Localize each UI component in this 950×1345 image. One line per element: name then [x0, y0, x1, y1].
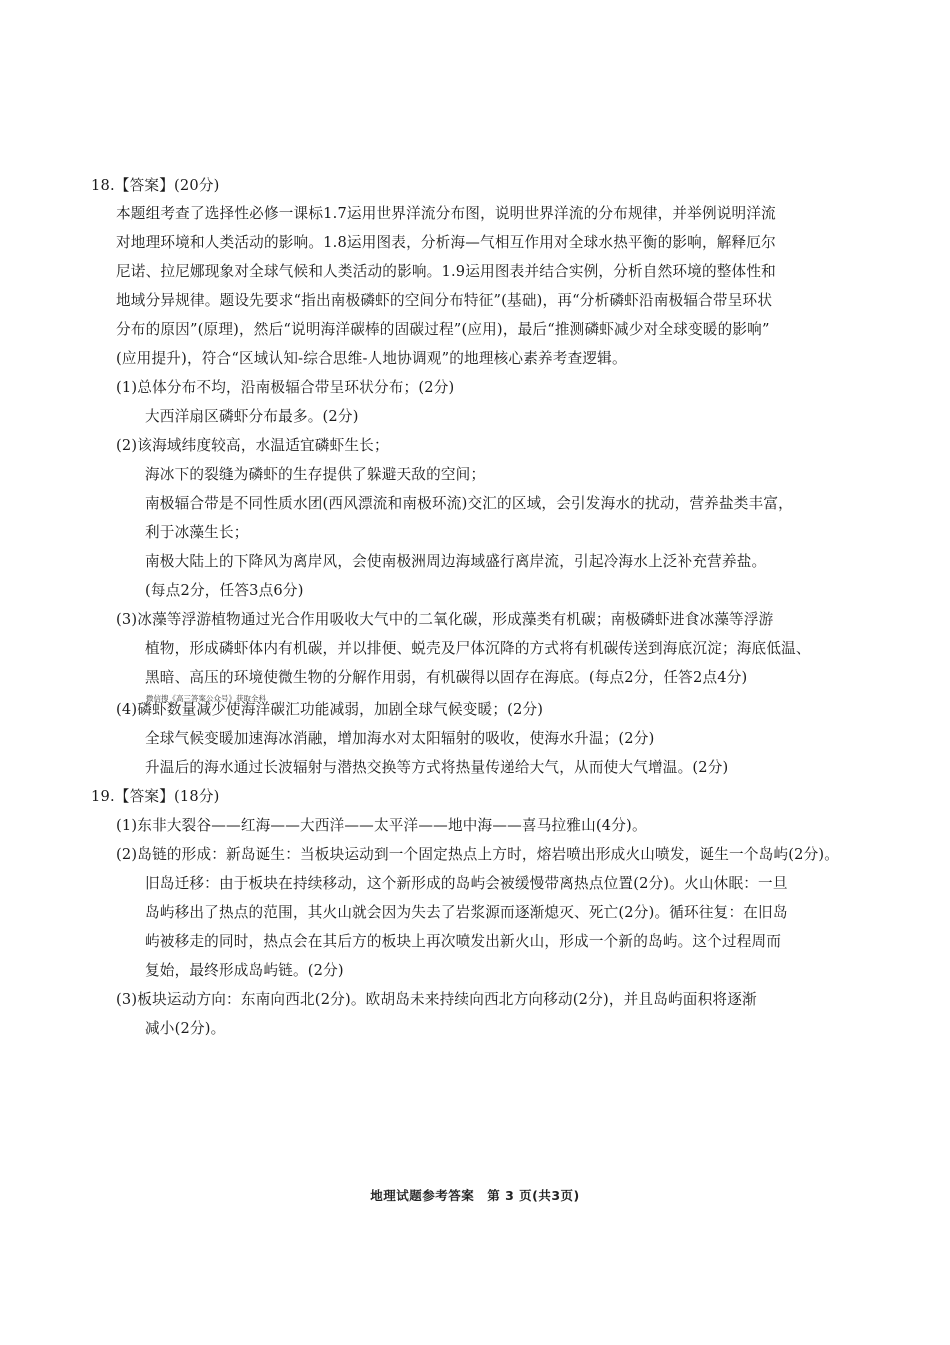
q19-part2-line: 旧岛迁移：由于板块在持续移动，这个新形成的岛屿会被缓慢带离热点位置(2分)。火山…: [145, 874, 788, 894]
q18-part1-line: 大西洋扇区磷虾分布最多。(2分): [145, 407, 359, 427]
q18-part1-line: (1)总体分布不均，沿南极辐合带呈环状分布；(2分): [116, 378, 454, 398]
q18-part2-line: 海冰下的裂缝为磷虾的生存提供了躲避天敌的空间；: [145, 465, 485, 485]
answer-page: 18.【答案】(20分) 本题组考查了选择性必修一课标1.7运用世界洋流分布图，…: [0, 0, 950, 1345]
q18-intro-line: 尼诺、拉尼娜现象对全球气候和人类活动的影响。1.9运用图表并结合实例，分析自然环…: [116, 262, 776, 282]
q18-intro-line: 本题组考查了选择性必修一课标1.7运用世界洋流分布图，说明世界洋流的分布规律，并…: [116, 204, 776, 224]
q18-intro-line: 分布的原因”(原理)，然后“说明海洋碳棒的固碳过程”(应用)，最后“推测磷虾减少…: [116, 320, 770, 340]
q18-part2-line: 南极辐合带是不同性质水团(西风漂流和南极环流)交汇的区域，会引发海水的扰动，营养…: [145, 494, 793, 514]
q18-part4-line: (4)磷虾数量减少使海洋碳汇功能减弱，加剧全球气候变暖；(2分): [116, 700, 543, 720]
q18-part2-line: (2)该海域纬度较高，水温适宜磷虾生长；: [116, 436, 389, 456]
q18-intro-line: 对地理环境和人类活动的影响。1.8运用图表，分析海—气相互作用对全球水热平衡的影…: [116, 233, 776, 253]
q18-part3-line: (3)冰藻等浮游植物通过光合作用吸收大气中的二氧化碳，形成藻类有机碳；南极磷虾进…: [116, 610, 773, 630]
q18-header: 18.【答案】(20分): [91, 176, 220, 196]
q18-part2-line: 南极大陆上的下降风为离岸风，会使南极洲周边海域盛行离岸流，引起冷海水上泛补充营养…: [145, 552, 766, 572]
q18-intro-line: 地域分异规律。题设先要求“指出南极磷虾的空间分布特征”(基础)，再“分析磷虾沿南…: [116, 291, 772, 311]
q19-part2-line: 屿被移走的同时，热点会在其后方的板块上再次喷发出新火山，形成一个新的岛屿。这个过…: [145, 932, 781, 952]
q19-header: 19.【答案】(18分): [91, 787, 220, 807]
q19-part2-line: 复始，最终形成岛屿链。(2分): [145, 961, 344, 981]
q18-part4-line: 升温后的海水通过长波辐射与潜热交换等方式将热量传递给大气，从而使大气增温。(2分…: [145, 758, 728, 778]
q19-part2-line: 岛屿移出了热点的范围，其火山就会因为失去了岩浆源而逐渐熄灭、死亡(2分)。循环往…: [145, 903, 788, 923]
q18-part3-line: 植物，形成磷虾体内有机碳，并以排便、蜕壳及尸体沉降的方式将有机碳传送到海底沉淀；…: [145, 639, 811, 659]
q19-part3-line: (3)板块运动方向：东南向西北(2分)。欧胡岛未来持续向西北方向移动(2分)，并…: [116, 990, 757, 1010]
q19-part2-line: (2)岛链的形成：新岛诞生：当板块运动到一个固定热点上方时，熔岩喷出形成火山喷发…: [116, 845, 839, 865]
q18-part4-line: 全球气候变暖加速海冰消融，增加海水对太阳辐射的吸收，使海水升温；(2分): [145, 729, 654, 749]
q19-part3-line: 减小(2分)。: [145, 1019, 225, 1039]
q19-part1-line: (1)东非大裂谷——红海——大西洋——太平洋——地中海——喜马拉雅山(4分)。: [116, 816, 647, 836]
page-footer: 地理试题参考答案 第 3 页(共3页): [0, 1186, 950, 1204]
q18-part2-line: 利于冰藻生长；: [145, 523, 249, 543]
q18-part3-line: 黑暗、高压的环境使微生物的分解作用弱，有机碳得以固存在海底。(每点2分，任答2点…: [145, 668, 747, 688]
q18-intro-line: (应用提升)，符合“区域认知-综合思维-人地协调观”的地理核心素养考查逻辑。: [116, 349, 627, 369]
q18-part2-line: (每点2分，任答3点6分): [145, 581, 304, 601]
